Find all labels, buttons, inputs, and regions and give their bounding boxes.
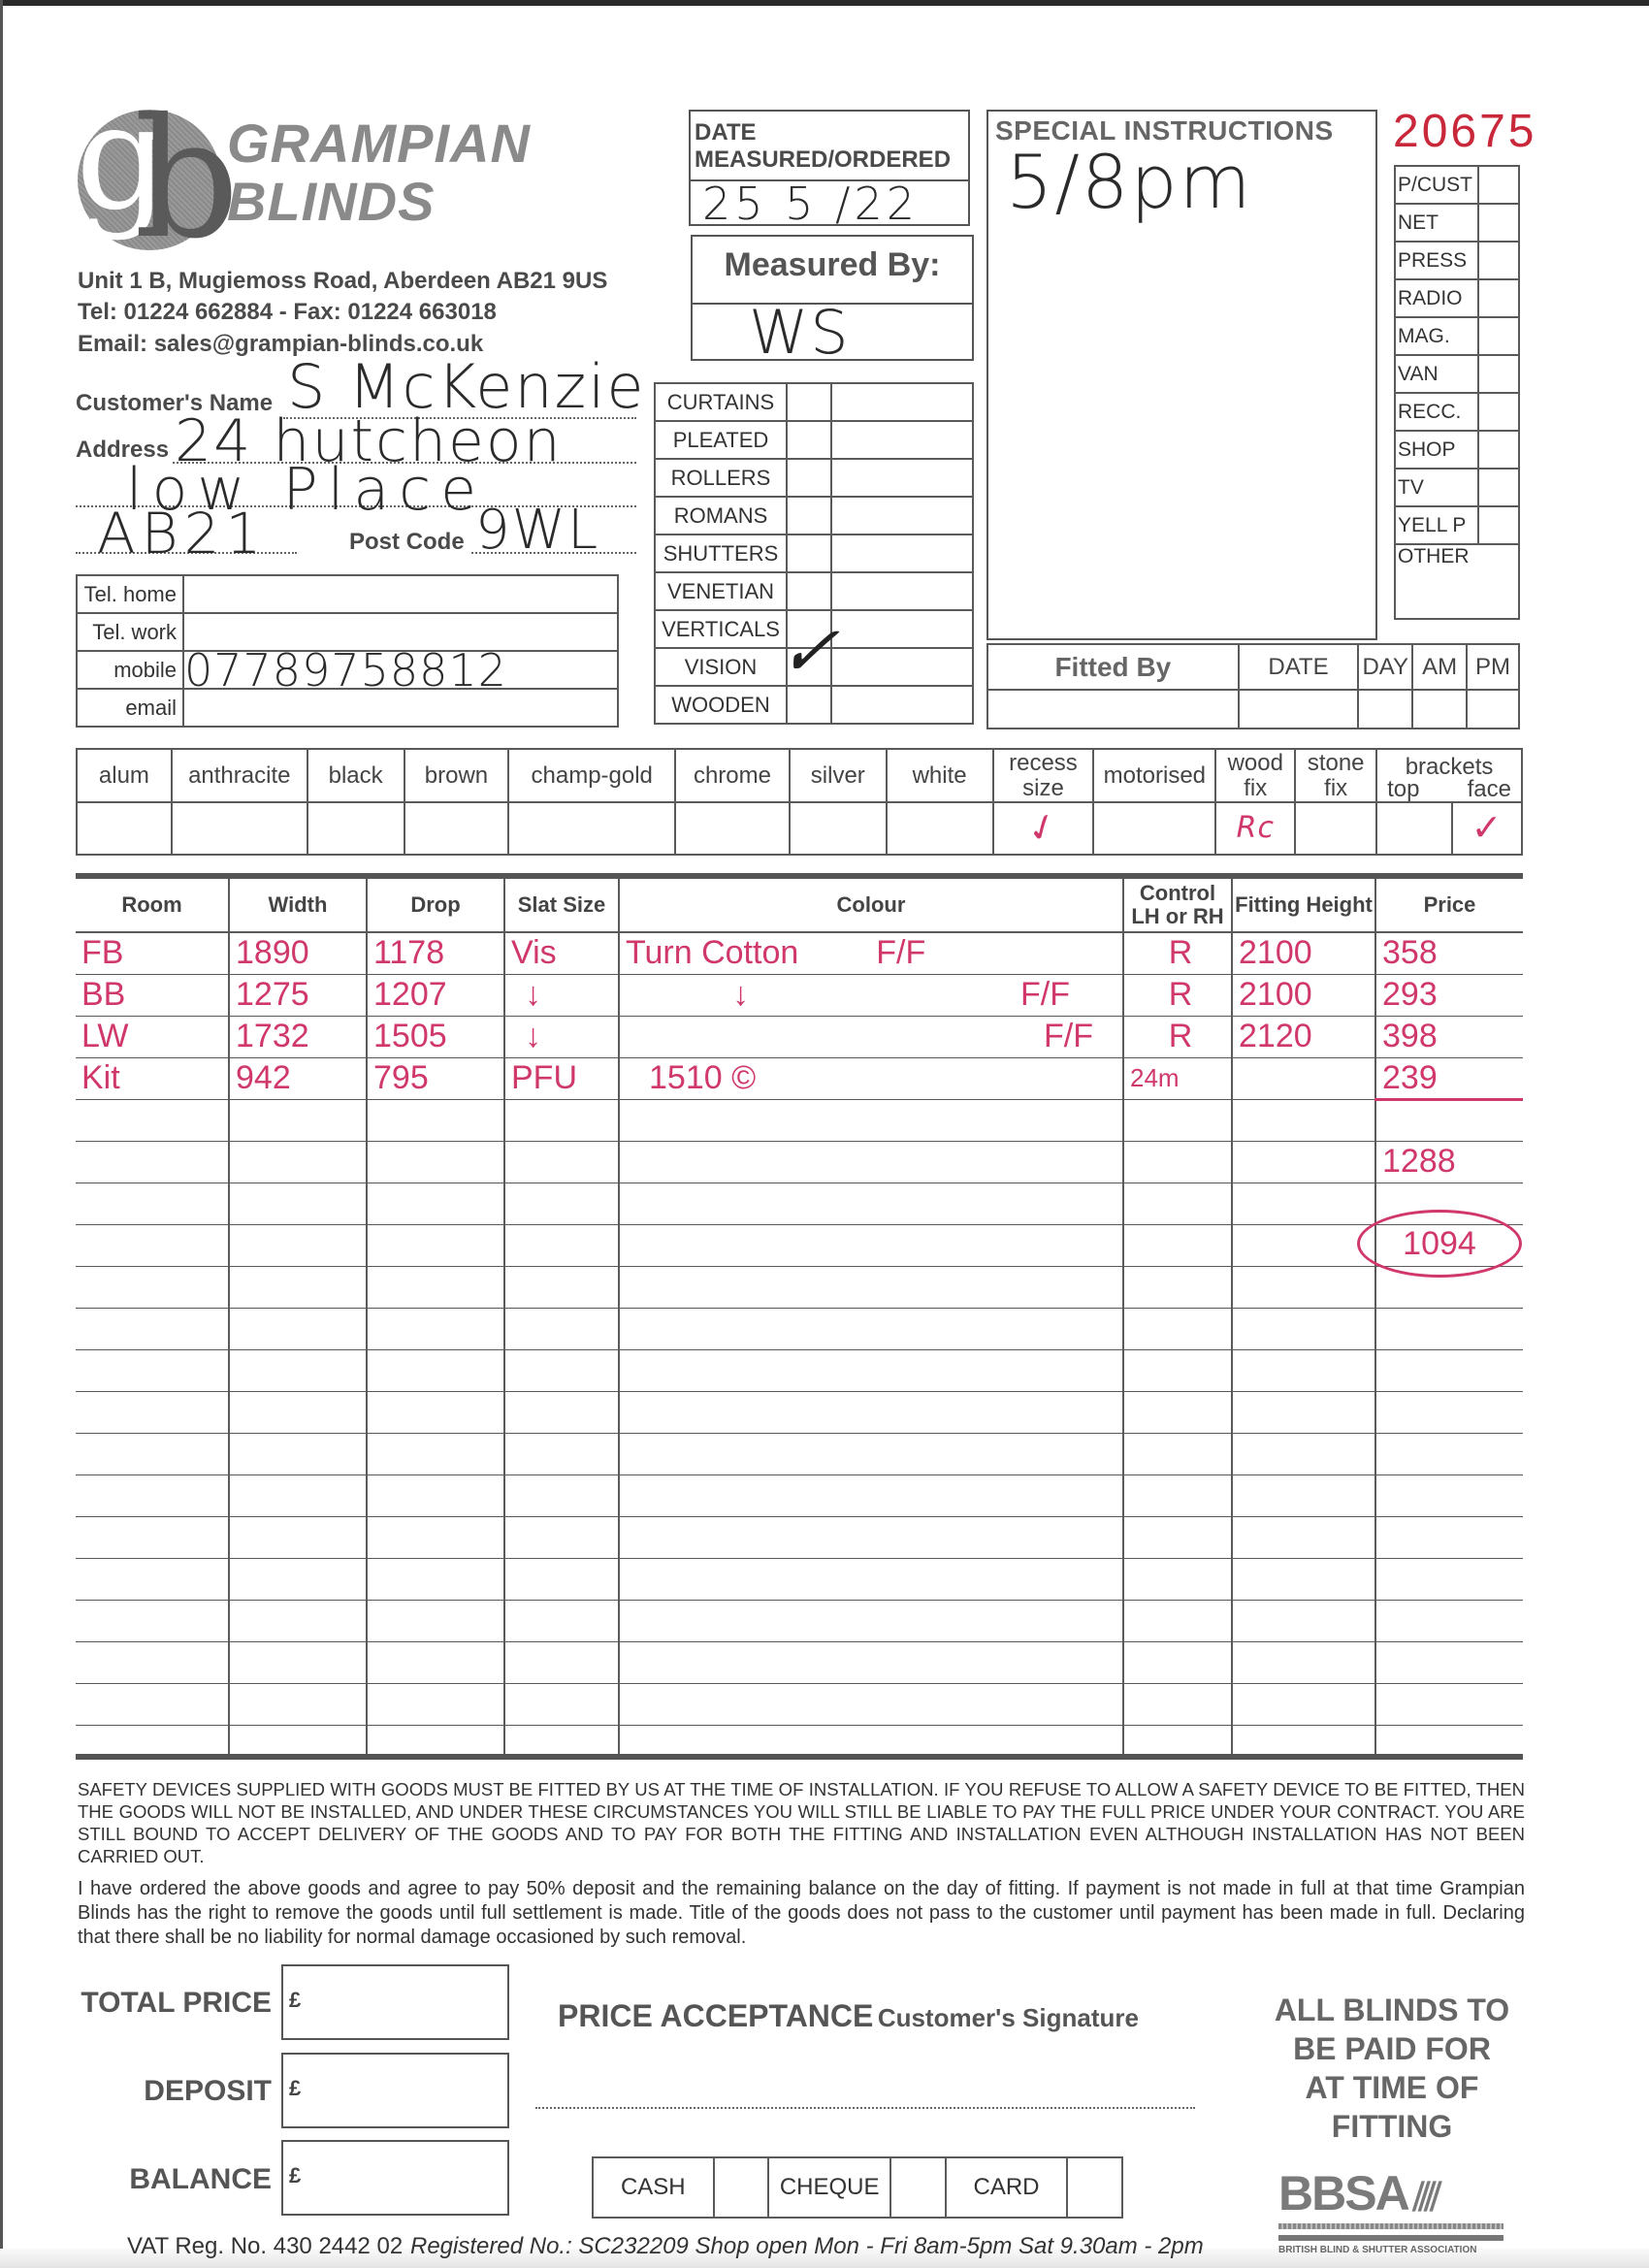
blind-type-notes[interactable] xyxy=(831,535,973,572)
tel-home-field[interactable] xyxy=(183,575,618,613)
option-alum: alum xyxy=(77,749,172,802)
room-cell[interactable] xyxy=(76,1725,229,1757)
payment-terms-line: BE PAID FOR xyxy=(1246,2029,1537,2068)
safety-notice: SAFETY DEVICES SUPPLIED WITH GOODS MUST … xyxy=(78,1778,1525,1867)
option-cell[interactable] xyxy=(1295,802,1376,855)
price-acceptance-title: PRICE ACCEPTANCE xyxy=(558,1998,873,2033)
postcode-field[interactable]: 9WL xyxy=(475,499,599,562)
date-field[interactable]: 25 5 /22 xyxy=(702,178,919,230)
fitted-by-values-row xyxy=(987,690,1519,729)
payment-cash-checkbox[interactable] xyxy=(714,2157,769,2218)
drop-cell[interactable] xyxy=(367,1558,504,1600)
price-cell[interactable] xyxy=(1375,1349,1523,1391)
slat-cell[interactable] xyxy=(504,1308,619,1349)
blind-type-label: VENETIAN xyxy=(655,572,787,610)
phone-label: Tel. work xyxy=(77,613,183,651)
drop-cell[interactable] xyxy=(367,1141,504,1183)
price-cell[interactable] xyxy=(1375,1725,1523,1757)
col-slat-size: Slat Size xyxy=(504,876,619,932)
drop-cell[interactable] xyxy=(367,1725,504,1757)
signature-line[interactable] xyxy=(535,2107,1195,2109)
room-cell[interactable] xyxy=(76,1433,229,1474)
option-cell[interactable] xyxy=(1093,802,1215,855)
slat-cell[interactable] xyxy=(504,1099,619,1141)
fitting-height-cell[interactable] xyxy=(1232,1099,1375,1141)
width-cell[interactable]: 1275 xyxy=(229,974,367,1016)
check-mark-icon: ✓ xyxy=(1021,805,1065,853)
order-header-row: Room Width Drop Slat Size Colour Control… xyxy=(76,876,1523,932)
drop-cell[interactable] xyxy=(367,1308,504,1349)
fitting-height-cell[interactable] xyxy=(1232,1183,1375,1224)
drop-cell[interactable] xyxy=(367,1224,504,1266)
room-cell[interactable] xyxy=(76,1558,229,1600)
source-checkbox[interactable] xyxy=(1478,393,1519,431)
pound-sign: £ xyxy=(289,1988,301,2012)
payment-terms-line: ALL BLINDS TO xyxy=(1246,1991,1537,2029)
width-cell[interactable] xyxy=(229,1266,367,1308)
wood-fix-initials: Rc xyxy=(1237,811,1275,845)
width-cell[interactable] xyxy=(229,1391,367,1433)
blind-type-notes[interactable] xyxy=(831,686,973,724)
drop-cell[interactable] xyxy=(367,1641,504,1683)
date-label-line1: DATE xyxy=(695,119,951,146)
room-cell[interactable]: Kit xyxy=(76,1057,229,1099)
slat-cell[interactable] xyxy=(504,1433,619,1474)
fit-am-label: AM xyxy=(1412,644,1467,690)
room-cell[interactable] xyxy=(76,1474,229,1516)
source-checkbox[interactable] xyxy=(1478,431,1519,469)
scan-edge-left xyxy=(0,0,3,2268)
phone-label: mobile xyxy=(77,651,183,689)
blind-type-checkbox[interactable] xyxy=(787,459,831,497)
payment-cheque-label: CHEQUE xyxy=(768,2157,890,2218)
slat-cell[interactable]: PFU xyxy=(504,1057,619,1099)
col-control: Control LH or RH xyxy=(1123,876,1232,932)
room-cell[interactable] xyxy=(76,1308,229,1349)
width-cell[interactable] xyxy=(229,1474,367,1516)
room-cell[interactable] xyxy=(76,1141,229,1183)
room-cell[interactable] xyxy=(76,1099,229,1141)
control-cell[interactable]: R xyxy=(1123,974,1232,1016)
fitting-height-cell[interactable]: 2120 xyxy=(1232,1016,1375,1057)
room-cell[interactable] xyxy=(76,1641,229,1683)
slat-cell[interactable] xyxy=(504,1516,619,1558)
slat-cell[interactable] xyxy=(504,1558,619,1600)
drop-cell[interactable]: 1505 xyxy=(367,1016,504,1057)
price-cell[interactable]: 239 xyxy=(1375,1057,1523,1099)
blind-type-row: CURTAINS xyxy=(655,383,973,421)
room-cell[interactable]: LW xyxy=(76,1016,229,1057)
special-instructions-field[interactable]: 5/8pm xyxy=(1006,139,1253,225)
colour-cell[interactable] xyxy=(619,1558,1123,1600)
blind-type-label: VERTICALS xyxy=(655,610,787,648)
fit-pm-field[interactable] xyxy=(1467,690,1519,729)
total-cell[interactable]: 1094 xyxy=(1375,1224,1523,1266)
slat-cell[interactable]: ↓ xyxy=(504,974,619,1016)
fix-text: F/F xyxy=(1044,1018,1093,1054)
room-cell[interactable]: FB xyxy=(76,932,229,974)
balance-field[interactable]: £ xyxy=(281,2140,509,2216)
drop-cell[interactable] xyxy=(367,1600,504,1641)
slat-cell[interactable] xyxy=(504,1725,619,1757)
drop-cell[interactable]: 795 xyxy=(367,1057,504,1099)
room-cell[interactable] xyxy=(76,1516,229,1558)
blind-type-notes[interactable] xyxy=(831,459,973,497)
control-cell[interactable] xyxy=(1123,1141,1232,1183)
drop-cell[interactable] xyxy=(367,1266,504,1308)
col-fitting-height: Fitting Height xyxy=(1232,876,1375,932)
slat-cell[interactable]: Vis xyxy=(504,932,619,974)
colour-cell[interactable] xyxy=(619,1641,1123,1683)
payment-cash-label: CASH xyxy=(593,2157,714,2218)
drop-cell[interactable] xyxy=(367,1391,504,1433)
source-checkbox[interactable] xyxy=(1478,506,1519,544)
postcode-label: Post Code xyxy=(349,529,465,556)
fitting-height-cell[interactable] xyxy=(1232,1433,1375,1474)
fix-circled-c: © xyxy=(731,1059,756,1096)
blind-type-notes[interactable] xyxy=(831,497,973,535)
fitting-height-cell[interactable] xyxy=(1232,1057,1375,1099)
table-row-empty xyxy=(76,1099,1523,1141)
option-cell[interactable] xyxy=(790,802,887,855)
blind-type-checkbox[interactable] xyxy=(787,572,831,610)
fitting-height-cell[interactable] xyxy=(1232,1516,1375,1558)
option-recess-size: recess size xyxy=(993,749,1094,802)
option-cell-recess-size[interactable]: ✓ xyxy=(993,802,1094,855)
total-circled: 1094 xyxy=(1357,1210,1522,1278)
drop-cell[interactable] xyxy=(367,1183,504,1224)
option-cell[interactable] xyxy=(404,802,509,855)
room-cell[interactable] xyxy=(76,1183,229,1224)
bbsa-bar xyxy=(1278,2235,1503,2241)
width-cell[interactable] xyxy=(229,1558,367,1600)
control-cell[interactable] xyxy=(1123,1725,1232,1757)
table-row-empty xyxy=(76,1433,1523,1474)
price-acceptance-heading: PRICE ACCEPTANCE Customer's Signature xyxy=(558,1998,1139,2034)
option-brown: brown xyxy=(404,749,509,802)
fitting-height-cell[interactable] xyxy=(1232,1224,1375,1266)
table-row-empty xyxy=(76,1266,1523,1308)
fitting-height-cell[interactable] xyxy=(1232,1349,1375,1391)
blind-type-label: ROLLERS xyxy=(655,459,787,497)
payment-cheque-checkbox[interactable] xyxy=(890,2157,946,2218)
mobile-field[interactable]: 07789758812 xyxy=(183,651,618,689)
price-cell[interactable]: 358 xyxy=(1375,932,1523,974)
width-cell[interactable] xyxy=(229,1683,367,1725)
fit-pm-label: PM xyxy=(1467,644,1519,690)
option-cell[interactable] xyxy=(887,802,993,855)
slat-cell[interactable] xyxy=(504,1183,619,1224)
measured-by-field[interactable]: WS xyxy=(749,297,851,368)
blind-type-checkbox[interactable] xyxy=(787,421,831,459)
price-cell[interactable] xyxy=(1375,1641,1523,1683)
width-cell[interactable] xyxy=(229,1641,367,1683)
source-row: YELL P xyxy=(1395,506,1519,544)
control-cell[interactable] xyxy=(1123,1474,1232,1516)
colour-cell[interactable] xyxy=(619,1600,1123,1641)
option-cell[interactable] xyxy=(172,802,307,855)
blind-type-checkbox[interactable] xyxy=(787,535,831,572)
source-row: NET xyxy=(1395,204,1519,242)
fitting-height-cell[interactable] xyxy=(1232,1141,1375,1183)
option-cell[interactable] xyxy=(307,802,404,855)
fitting-height-cell[interactable] xyxy=(1232,1683,1375,1725)
fix-text: F/F xyxy=(1020,976,1070,1014)
option-cell-wood-fix[interactable]: Rc xyxy=(1215,802,1295,855)
col-price: Price xyxy=(1375,876,1523,932)
table-row-empty xyxy=(76,1558,1523,1600)
address-line3-field[interactable]: AB21 xyxy=(97,501,267,567)
colour-cell[interactable] xyxy=(619,1141,1123,1183)
colour-cell[interactable]: 1510 © xyxy=(619,1057,1123,1099)
colour-cell[interactable] xyxy=(619,1725,1123,1757)
colour-cell[interactable] xyxy=(619,1391,1123,1433)
price-cell[interactable] xyxy=(1375,1433,1523,1474)
source-label: YELL P xyxy=(1395,506,1478,544)
colour-cell[interactable]: ↓F/F xyxy=(619,974,1123,1016)
source-row: MAG. xyxy=(1395,317,1519,355)
fitting-height-cell[interactable] xyxy=(1232,1641,1375,1683)
fit-am-field[interactable] xyxy=(1412,690,1467,729)
source-row: PRESS xyxy=(1395,242,1519,279)
col-width: Width xyxy=(229,876,367,932)
drop-cell[interactable] xyxy=(367,1433,504,1474)
total-price-label: TOTAL PRICE xyxy=(68,1987,272,2020)
control-cell[interactable] xyxy=(1123,1224,1232,1266)
bbsa-wordmark: BBSA ⫽⫽ xyxy=(1278,2165,1503,2221)
source-other-field[interactable]: OTHER xyxy=(1395,544,1519,619)
control-cell[interactable] xyxy=(1123,1099,1232,1141)
width-cell[interactable] xyxy=(229,1308,367,1349)
source-checkbox[interactable] xyxy=(1478,469,1519,506)
colour-cell[interactable] xyxy=(619,1224,1123,1266)
payment-card-checkbox[interactable] xyxy=(1067,2157,1122,2218)
option-white: white xyxy=(887,749,993,802)
vat-reg-number: VAT Reg. No. 430 2442 02 xyxy=(127,2233,403,2260)
blind-type-checkbox[interactable] xyxy=(787,383,831,421)
price-cell[interactable] xyxy=(1375,1558,1523,1600)
source-checkbox[interactable] xyxy=(1478,204,1519,242)
colour-cell[interactable] xyxy=(619,1433,1123,1474)
fitting-height-cell[interactable] xyxy=(1232,1558,1375,1600)
colour-cell[interactable] xyxy=(619,1099,1123,1141)
option-cell[interactable] xyxy=(675,802,790,855)
room-cell[interactable] xyxy=(76,1266,229,1308)
room-cell[interactable] xyxy=(76,1224,229,1266)
control-cell[interactable] xyxy=(1123,1516,1232,1558)
customer-signature-label: Customer's Signature xyxy=(878,2003,1139,2032)
blind-type-checkbox-checked[interactable]: ✓ xyxy=(787,648,831,686)
blind-type-notes[interactable] xyxy=(831,572,973,610)
colour-cell[interactable] xyxy=(619,1183,1123,1224)
source-label: P/CUST xyxy=(1395,166,1478,204)
width-cell[interactable] xyxy=(229,1433,367,1474)
source-row: RECC. xyxy=(1395,393,1519,431)
width-cell[interactable] xyxy=(229,1516,367,1558)
col-drop: Drop xyxy=(367,876,504,932)
room-cell[interactable] xyxy=(76,1683,229,1725)
blind-type-row: ROMANS xyxy=(655,497,973,535)
option-brackets: brackets top face xyxy=(1376,749,1522,802)
option-cell[interactable] xyxy=(77,802,172,855)
drop-cell[interactable] xyxy=(367,1474,504,1516)
fitting-height-cell[interactable] xyxy=(1232,1391,1375,1433)
blind-type-label: PLEATED xyxy=(655,421,787,459)
fit-date-field[interactable] xyxy=(1239,690,1359,729)
options-header-row: alum anthracite black brown champ-gold c… xyxy=(77,749,1522,802)
source-checkbox[interactable] xyxy=(1478,317,1519,355)
colour-cell[interactable] xyxy=(619,1516,1123,1558)
price-cell[interactable] xyxy=(1375,1308,1523,1349)
control-cell[interactable] xyxy=(1123,1433,1232,1474)
slat-cell[interactable] xyxy=(504,1349,619,1391)
width-cell[interactable] xyxy=(229,1349,367,1391)
fitting-height-cell[interactable] xyxy=(1232,1725,1375,1757)
colour-cell[interactable]: Turn CottonF/F xyxy=(619,932,1123,974)
bbsa-logo: BBSA ⫽⫽ BRITISH BLIND & SHUTTER ASSOCIAT… xyxy=(1278,2165,1503,2255)
total-price-field[interactable]: £ xyxy=(281,1964,509,2040)
width-cell[interactable] xyxy=(229,1099,367,1141)
fitting-height-cell[interactable] xyxy=(1232,1308,1375,1349)
fitted-by-table: Fitted By DATE DAY AM PM xyxy=(986,643,1520,729)
price-cell[interactable]: 398 xyxy=(1375,1016,1523,1057)
drop-cell[interactable] xyxy=(367,1349,504,1391)
fitting-height-cell[interactable]: 2100 xyxy=(1232,974,1375,1016)
source-checkbox[interactable] xyxy=(1478,166,1519,204)
option-cell[interactable] xyxy=(1376,802,1452,855)
colour-cell[interactable] xyxy=(619,1474,1123,1516)
width-cell[interactable] xyxy=(229,1141,367,1183)
control-cell[interactable] xyxy=(1123,1600,1232,1641)
date-label: DATE MEASURED/ORDERED xyxy=(695,119,951,174)
company-tel-fax: Tel: 01224 662884 - Fax: 01224 663018 xyxy=(78,299,497,326)
control-cell[interactable] xyxy=(1123,1683,1232,1725)
colour-cell[interactable] xyxy=(619,1683,1123,1725)
source-checkbox[interactable] xyxy=(1478,242,1519,279)
control-cell[interactable] xyxy=(1123,1183,1232,1224)
price-cell[interactable] xyxy=(1375,1099,1523,1141)
width-cell[interactable] xyxy=(229,1224,367,1266)
room-cell[interactable]: BB xyxy=(76,974,229,1016)
source-checkbox[interactable] xyxy=(1478,279,1519,317)
control-cell[interactable]: R xyxy=(1123,932,1232,974)
control-cell[interactable]: R xyxy=(1123,1016,1232,1057)
fitting-height-cell[interactable] xyxy=(1232,1474,1375,1516)
fitted-by-field[interactable] xyxy=(987,690,1239,729)
price-cell[interactable] xyxy=(1375,1683,1523,1725)
fit-date-label: DATE xyxy=(1239,644,1359,690)
colour-cell[interactable]: F/F xyxy=(619,1016,1123,1057)
bbsa-bar xyxy=(1278,2223,1503,2229)
fitting-height-cell[interactable] xyxy=(1232,1266,1375,1308)
control-cell[interactable] xyxy=(1123,1308,1232,1349)
col-room: Room xyxy=(76,876,229,932)
phone-row: mobile 07789758812 xyxy=(77,651,618,689)
source-row: VAN xyxy=(1395,355,1519,393)
blind-type-notes[interactable] xyxy=(831,421,973,459)
price-cell[interactable]: 293 xyxy=(1375,974,1523,1016)
payment-card-label: CARD xyxy=(946,2157,1068,2218)
fitted-by-header-row: Fitted By DATE DAY AM PM xyxy=(987,644,1519,690)
fit-day-field[interactable] xyxy=(1358,690,1412,729)
control-cell[interactable] xyxy=(1123,1266,1232,1308)
drop-cell[interactable]: 1207 xyxy=(367,974,504,1016)
drop-cell[interactable] xyxy=(367,1099,504,1141)
option-cell-brackets-face[interactable]: ✓ xyxy=(1452,802,1522,855)
colour-text: 1510 xyxy=(649,1059,723,1096)
control-cell[interactable] xyxy=(1123,1391,1232,1433)
option-cell[interactable] xyxy=(508,802,675,855)
drop-cell[interactable] xyxy=(367,1683,504,1725)
blind-type-notes[interactable] xyxy=(831,383,973,421)
width-cell[interactable]: 1890 xyxy=(229,932,367,974)
subtotal-cell[interactable]: 1288 xyxy=(1375,1141,1523,1183)
slat-cell[interactable] xyxy=(504,1141,619,1183)
source-label: MAG. xyxy=(1395,317,1478,355)
width-cell[interactable]: 942 xyxy=(229,1057,367,1099)
colour-cell[interactable] xyxy=(619,1266,1123,1308)
price-cell[interactable] xyxy=(1375,1516,1523,1558)
option-stone-fix: stone fix xyxy=(1295,749,1376,802)
slat-cell[interactable] xyxy=(504,1224,619,1266)
control-cell[interactable] xyxy=(1123,1641,1232,1683)
table-row: LW 1732 1505 ↓ F/F R 2120 398 xyxy=(76,1016,1523,1057)
payment-terms-line: AT TIME OF xyxy=(1246,2068,1537,2107)
room-cell[interactable] xyxy=(76,1391,229,1433)
colour-cell[interactable] xyxy=(619,1349,1123,1391)
width-cell[interactable] xyxy=(229,1600,367,1641)
fitting-height-cell[interactable] xyxy=(1232,1600,1375,1641)
price-cell[interactable] xyxy=(1375,1600,1523,1641)
bbsa-letters: BBSA xyxy=(1278,2166,1408,2220)
table-row: Kit 942 795 PFU 1510 © 24m 239 xyxy=(76,1057,1523,1099)
width-cell[interactable]: 1732 xyxy=(229,1016,367,1057)
price-cell[interactable] xyxy=(1375,1391,1523,1433)
source-checkbox[interactable] xyxy=(1478,355,1519,393)
slat-cell[interactable] xyxy=(504,1391,619,1433)
phone-label: email xyxy=(77,689,183,727)
table-row-empty xyxy=(76,1391,1523,1433)
control-cell[interactable] xyxy=(1123,1349,1232,1391)
slat-cell[interactable] xyxy=(504,1641,619,1683)
source-row-other: OTHER xyxy=(1395,544,1519,619)
width-cell[interactable] xyxy=(229,1725,367,1757)
source-label: TV xyxy=(1395,469,1478,506)
drop-cell[interactable]: 1178 xyxy=(367,932,504,974)
slat-cell[interactable] xyxy=(504,1474,619,1516)
blind-type-notes[interactable] xyxy=(831,648,973,686)
slat-cell[interactable] xyxy=(504,1600,619,1641)
table-row-empty xyxy=(76,1641,1523,1683)
slat-cell[interactable] xyxy=(504,1683,619,1725)
payment-method-table: CASH CHEQUE CARD xyxy=(592,2156,1123,2219)
width-cell[interactable] xyxy=(229,1183,367,1224)
price-cell[interactable] xyxy=(1375,1474,1523,1516)
slat-cell[interactable] xyxy=(504,1266,619,1308)
control-cell[interactable]: 24m xyxy=(1123,1057,1232,1099)
blind-type-checkbox[interactable] xyxy=(787,497,831,535)
control-cell[interactable] xyxy=(1123,1558,1232,1600)
drop-cell[interactable] xyxy=(367,1516,504,1558)
slat-cell[interactable]: ↓ xyxy=(504,1016,619,1057)
room-cell[interactable] xyxy=(76,1349,229,1391)
colour-cell[interactable] xyxy=(619,1308,1123,1349)
date-label-line2: MEASURED/ORDERED xyxy=(695,146,951,174)
deposit-field[interactable]: £ xyxy=(281,2053,509,2128)
room-cell[interactable] xyxy=(76,1600,229,1641)
fitting-height-cell[interactable]: 2100 xyxy=(1232,932,1375,974)
source-label: RADIO xyxy=(1395,279,1478,317)
